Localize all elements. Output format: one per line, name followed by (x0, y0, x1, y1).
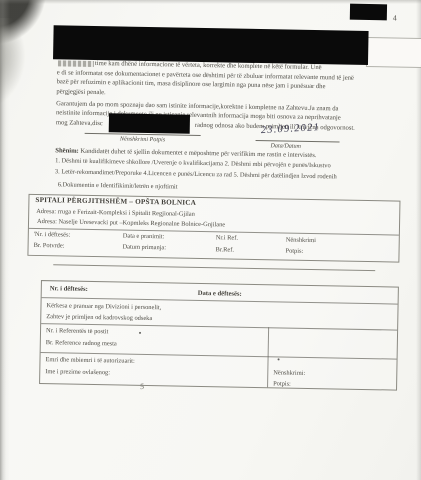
receipt-no-label-sq: 'Nr. i dëftesës: (34, 231, 71, 239)
redaction-bar-main (53, 25, 369, 65)
hospital-address-sr: Adresa: Naselje Uresevacki put –Kopmleks… (37, 218, 225, 229)
handwritten-date: 23.09.2021 (261, 122, 321, 136)
receipt-signature-sq: Nënshkrimi: (273, 369, 305, 377)
ink-speck (278, 358, 280, 360)
redaction-bar-top-right (350, 4, 387, 21)
receipt-table: Nr. i dëftesës: Data e dëftesës: Kërkesa… (39, 280, 399, 391)
note-item-1: 1. Dëshmi të kualifikimeve shkollore /Uv… (55, 157, 331, 170)
date-label: Data/Datum (270, 143, 301, 151)
signature-label: Nënshkrimi Potpis (84, 135, 200, 145)
date-received-label-sq: Data e pranimit: (123, 233, 165, 241)
declaration-sq-line4: përgjegjësi penale. (56, 88, 105, 96)
note-heading: Shënim: (55, 147, 79, 154)
date-line (256, 140, 340, 143)
document-content: 4 time kam dhënë informacione të vërteta… (0, 0, 421, 480)
table-divider (29, 228, 399, 236)
signature-label-sq: Nënshkrimi (286, 237, 316, 245)
signature-label-sr: Potpis: (285, 248, 303, 256)
section-divider-line (53, 264, 375, 271)
empty-outline-box (366, 37, 421, 68)
ink-speck (139, 332, 141, 334)
date-received-label-sr: Datum primanja: (123, 244, 167, 252)
smudged-text-fragment (58, 60, 94, 67)
authorized-name-sr: Ime i prezime ovlašenog: (45, 368, 110, 377)
receipt-no-label-sr: Br. Potvrde: (34, 242, 65, 250)
post-ref-sr: Br. Reference radnog mesta (46, 339, 117, 348)
hospital-info-table: SPITALI PËRGJITHSHËM – OPŠTA BOLNICA Adr… (27, 194, 400, 263)
redaction-bar-inline (109, 113, 190, 133)
page-number: 4 (393, 13, 397, 22)
request-received-sr: Zahtev je primljen od kadrovskog odseka (46, 313, 152, 322)
post-ref-sq: Nr. i Referentës të postit (46, 327, 108, 336)
receipt-signature-sr: Potpis: (273, 380, 291, 388)
request-received-sq: Kërkesa e pranuar nga Divizioni i person… (46, 302, 161, 312)
note-item-2: 3. Letër-rekomandimet/Preporuke 4.Licenc… (55, 168, 337, 181)
scanned-document-page: { "page_number": "4", "footer_mark": "5"… (0, 0, 421, 480)
ref-no-label-sr: Br.Ref. (215, 246, 234, 254)
authorized-name-sq: Emri dhe mbiemri i të autorizuarit: (45, 356, 134, 365)
note-item-3: 6.Dokumentin e Identifikimit/letrën e nj… (58, 181, 178, 191)
ref-no-label-sq: Nr.i Ref. (216, 234, 238, 242)
hospital-address-sq: Adresa: rruga e Ferizait-Kompleksi i Spi… (36, 208, 195, 218)
hospital-title: SPITALI PËRGJITHSHËM – OPŠTA BOLNICA (35, 197, 196, 207)
declaration-sr-line3-start: mog Zahteva,disc (56, 119, 103, 127)
